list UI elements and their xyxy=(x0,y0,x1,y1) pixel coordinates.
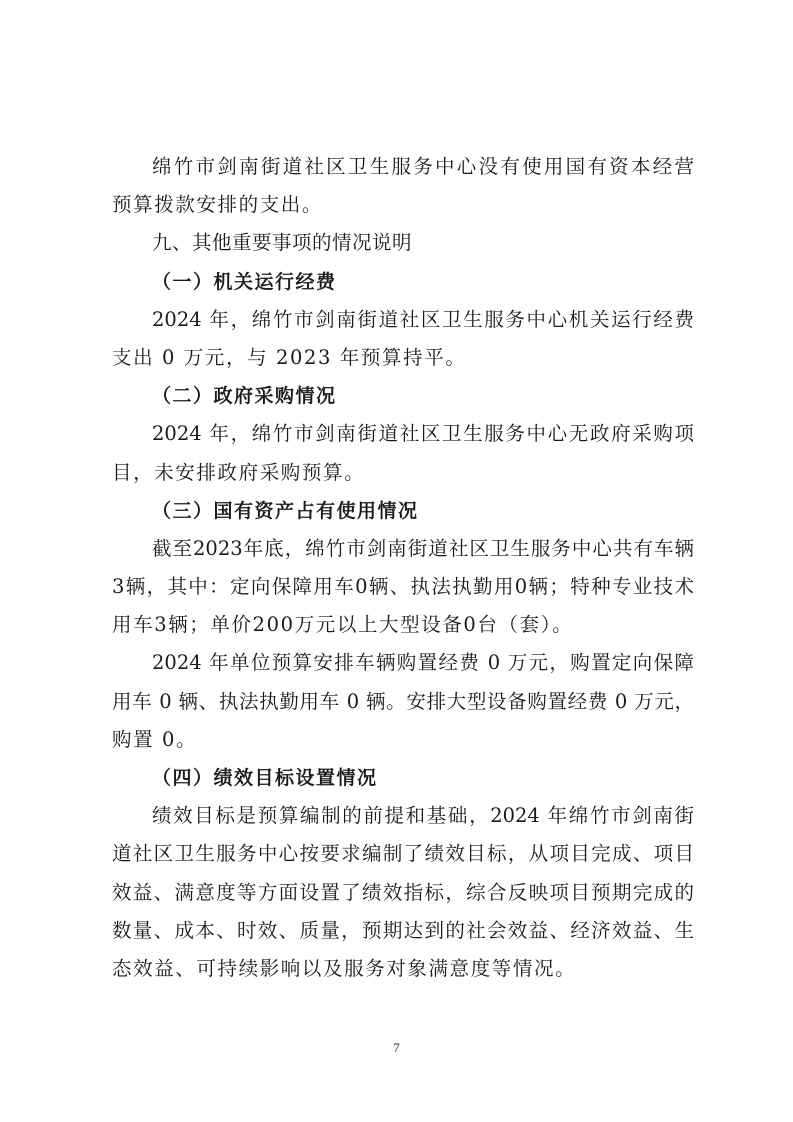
document-page: 绵竹市剑南街道社区卫生服务中心没有使用国有资本经营 预算拨款安排的支出。 九、其… xyxy=(112,148,694,988)
body-line: 数量、成本、时效、质量，预期达到的社会效益、经济效益、生 xyxy=(112,912,694,950)
body-line: 用车 0 辆、执法执勤用车 0 辆。安排大型设备购置经费 0 万元， xyxy=(112,683,694,721)
body-line: 道社区卫生服务中心按要求编制了绩效目标，从项目完成、项目 xyxy=(112,835,694,873)
subsection-heading: （三）国有资产占有使用情况 xyxy=(112,492,694,530)
body-line: 2024 年，绵竹市剑南街道社区卫生服务中心机关运行经费 xyxy=(112,301,694,339)
body-line: 态效益、可持续影响以及服务对象满意度等情况。 xyxy=(112,950,694,988)
body-line: 预算拨款安排的支出。 xyxy=(112,186,694,224)
subsection-heading: （四）绩效目标设置情况 xyxy=(112,759,694,797)
body-line: 支出 0 万元，与 2023 年预算持平。 xyxy=(112,339,694,377)
body-line: 截至2023年底，绵竹市剑南街道社区卫生服务中心共有车辆 xyxy=(112,530,694,568)
body-line: 用车3辆；单价200万元以上大型设备0台（套）。 xyxy=(112,606,694,644)
section-heading: 九、其他重要事项的情况说明 xyxy=(112,224,694,262)
body-line: 绵竹市剑南街道社区卫生服务中心没有使用国有资本经营 xyxy=(112,148,694,186)
body-line: 购置 0。 xyxy=(112,721,694,759)
subsection-heading: （二）政府采购情况 xyxy=(112,377,694,415)
body-line: 2024 年，绵竹市剑南街道社区卫生服务中心无政府采购项 xyxy=(112,415,694,453)
body-line: 2024 年单位预算安排车辆购置经费 0 万元，购置定向保障 xyxy=(112,644,694,682)
body-line: 3辆，其中：定向保障用车0辆、执法执勤用0辆；特种专业技术 xyxy=(112,568,694,606)
page-number: 7 xyxy=(0,1040,793,1056)
body-line: 目，未安排政府采购预算。 xyxy=(112,454,694,492)
subsection-heading: （一）机关运行经费 xyxy=(112,263,694,301)
body-line: 效益、满意度等方面设置了绩效指标，综合反映项目预期完成的 xyxy=(112,874,694,912)
body-line: 绩效目标是预算编制的前提和基础，2024 年绵竹市剑南街 xyxy=(112,797,694,835)
